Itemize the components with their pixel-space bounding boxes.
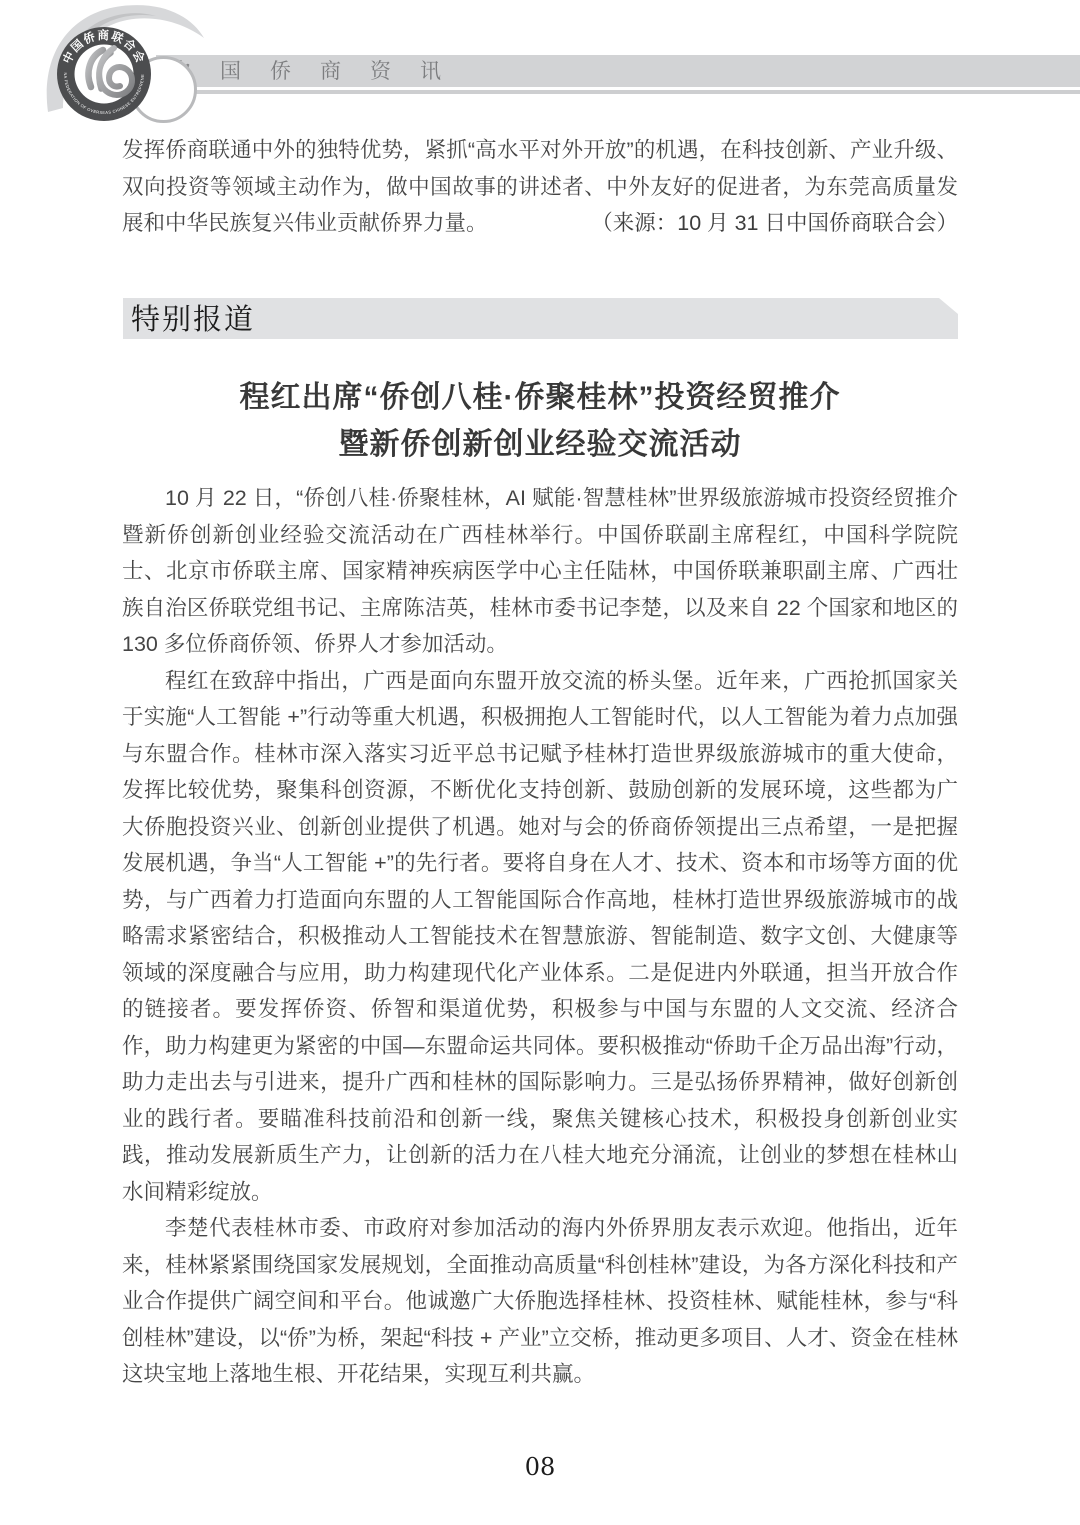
intro-block: 发挥侨商联通中外的独特优势，紧抓“高水平对外开放”的机遇，在科技创新、产业升级、… — [122, 132, 958, 242]
article-paragraph: 李楚代表桂林市委、市政府对参加活动的海内外侨界朋友表示欢迎。他指出，近年来，桂林… — [122, 1210, 958, 1393]
article-title: 程红出席“侨创八桂·侨聚桂林”投资经贸推介 暨新侨创新创业经验交流活动 — [122, 374, 958, 468]
masthead-banner: 中国侨商资讯 — [156, 55, 1080, 87]
intro-paragraph: 发挥侨商联通中外的独特优势，紧抓“高水平对外开放”的机遇，在科技创新、产业升级、… — [122, 132, 958, 242]
section-banner: 特别报道 — [123, 298, 958, 339]
masthead-title: 中国侨商资讯 — [156, 55, 1080, 88]
article-title-line2: 暨新侨创新创业经验交流活动 — [122, 421, 958, 468]
newsletter-page: 中国侨商资讯 中国侨商联合会 CHINA FEDERATION OF OVERS… — [0, 0, 1080, 1525]
federation-seal-logo: 中国侨商联合会 CHINA FEDERATION OF OVERSEAS CHI… — [56, 26, 152, 122]
page-number: 08 — [0, 1453, 1080, 1481]
source-attribution: （来源：10 月 31 日中国侨商联合会） — [591, 205, 958, 242]
article-title-line1: 程红出席“侨创八桂·侨聚桂林”投资经贸推介 — [122, 374, 958, 421]
article-body: 10 月 22 日，“侨创八桂·侨聚桂林，AI 赋能·智慧桂林”世界级旅游城市投… — [122, 480, 958, 1393]
section-label: 特别报道 — [123, 298, 958, 340]
article-paragraph: 程红在致辞中指出，广西是面向东盟开放交流的桥头堡。近年来，广西抢抓国家关于实施“… — [122, 663, 958, 1211]
masthead-underline — [152, 90, 1080, 94]
article-paragraph: 10 月 22 日，“侨创八桂·侨聚桂林，AI 赋能·智慧桂林”世界级旅游城市投… — [122, 480, 958, 663]
